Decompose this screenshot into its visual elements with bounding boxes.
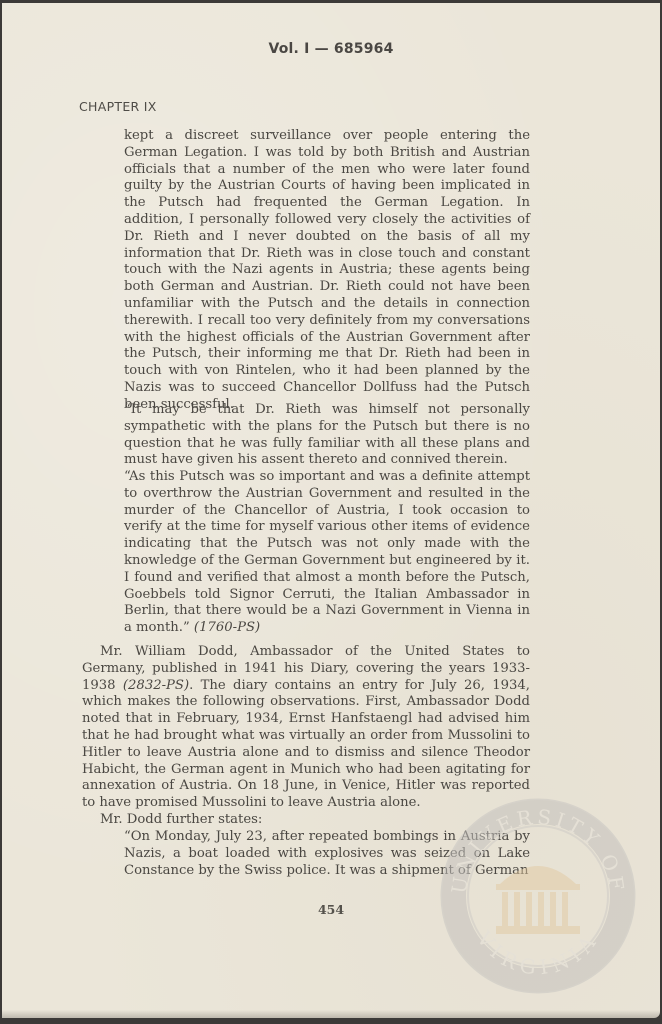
document-page: Vol. I — 685964 CHAPTER IX kept a discre…	[2, 3, 660, 1018]
block-quote-3: “As this Putsch was so important and was…	[124, 469, 530, 637]
quote-paragraph: “It may be that Dr. Rieth was himself no…	[124, 402, 530, 469]
quote-text: “As this Putsch was so important and was…	[124, 469, 530, 635]
document-citation: (1760-PS)	[194, 620, 260, 635]
body-paragraph: Mr. Dodd further states:	[82, 812, 530, 829]
svg-text:VIRGINIA: VIRGINIA	[471, 926, 603, 980]
running-head: Vol. I — 685964	[2, 41, 660, 57]
document-citation: (2832-PS)	[123, 678, 189, 693]
block-quote-2: “It may be that Dr. Rieth was himself no…	[124, 402, 530, 469]
block-quote-4: “On Monday, July 23, after repeated bomb…	[124, 829, 530, 879]
paragraph-text: . The diary contains an entry for July 2…	[82, 678, 530, 811]
quote-paragraph: “As this Putsch was so important and was…	[124, 469, 530, 637]
page-number: 454	[2, 902, 660, 917]
quote-paragraph: kept a discreet surveillance over people…	[124, 128, 530, 414]
body-paragraph: Mr. William Dodd, Ambassador of the Unit…	[82, 644, 530, 812]
body-paragraph-2: Mr. Dodd further states:	[82, 812, 530, 829]
block-quote-1: kept a discreet surveillance over people…	[124, 128, 530, 414]
chapter-heading: CHAPTER IX	[79, 99, 157, 114]
body-paragraph-1: Mr. William Dodd, Ambassador of the Unit…	[82, 644, 530, 812]
quote-paragraph: “On Monday, July 23, after repeated bomb…	[124, 829, 530, 879]
